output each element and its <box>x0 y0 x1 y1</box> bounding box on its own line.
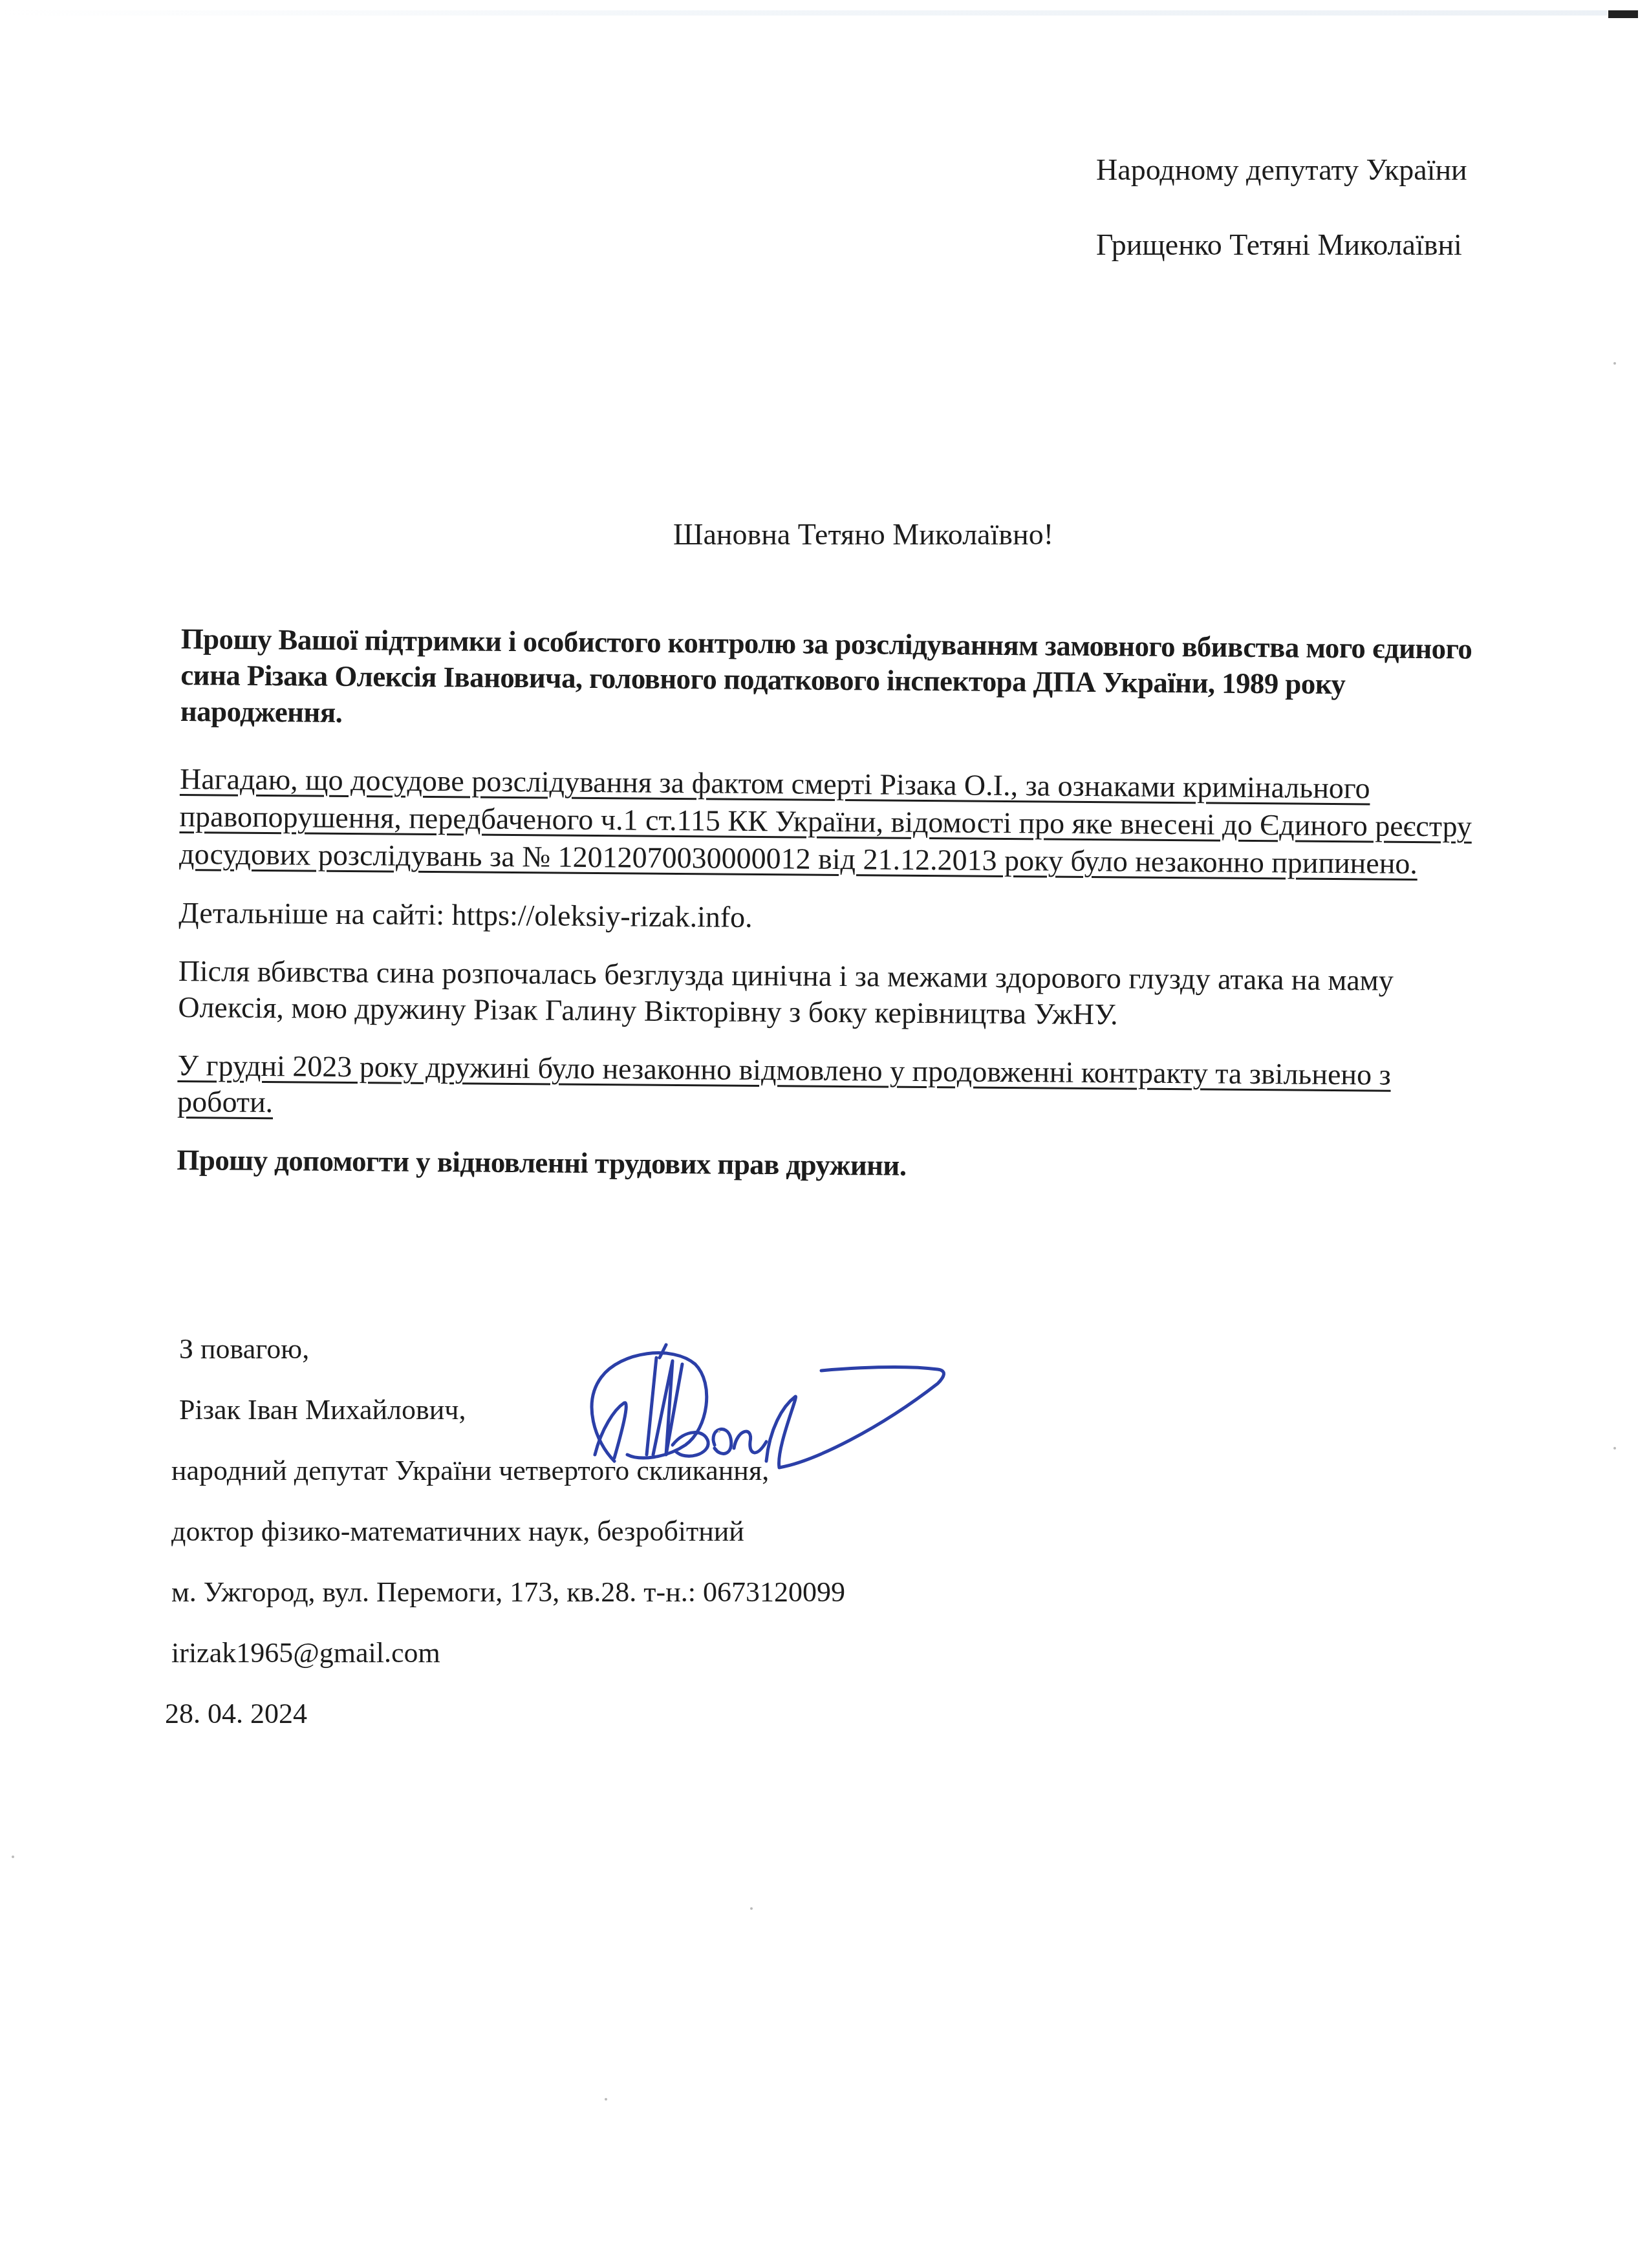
recipient-name: Грищенко Тетяні Миколаївні <box>1096 208 1510 283</box>
recipient-block: Народному депутату України Грищенко Тетя… <box>1096 133 1510 283</box>
signer-degree: доктор фізико-математичних наук, безробі… <box>171 1501 1077 1562</box>
scan-corner-mark <box>1608 10 1638 18</box>
attack-paragraph: Після вбивства сина розпочалась безглузд… <box>178 953 1491 1036</box>
scan-speck <box>605 2098 607 2101</box>
letter-body: Прошу Вашої підтримки і особистого контр… <box>177 621 1494 1210</box>
salutation: Шановна Тетяно Миколаївно! <box>0 517 1649 551</box>
details-paragraph: Детальніше на сайті: https://oleksiy-riz… <box>178 895 1491 941</box>
scan-speck <box>718 1430 720 1433</box>
scan-edge-artifact <box>0 10 1607 16</box>
scan-speck <box>1613 1447 1616 1450</box>
scan-speck <box>12 1856 14 1858</box>
scan-speck <box>750 1907 753 1910</box>
final-request-paragraph: Прошу допомогти у відновленні трудових п… <box>177 1142 1489 1188</box>
recipient-position: Народному депутату України <box>1096 133 1510 208</box>
scan-speck <box>1613 362 1616 365</box>
dismissal-paragraph: У грудні 2023 року дружині було незаконн… <box>177 1047 1491 1130</box>
reminder-paragraph: Нагадаю, що досудове розслідування за фа… <box>179 760 1493 883</box>
request-paragraph: Прошу Вашої підтримки і особистого контр… <box>180 621 1494 740</box>
signature-icon <box>576 1332 989 1481</box>
signer-email: irizak1965@gmail.com <box>171 1623 1077 1684</box>
letter-date: 28. 04. 2024 <box>165 1684 1077 1744</box>
signer-address: м. Ужгород, вул. Перемоги, 173, кв.28. т… <box>171 1562 1077 1623</box>
handwritten-signature <box>576 1332 989 1481</box>
